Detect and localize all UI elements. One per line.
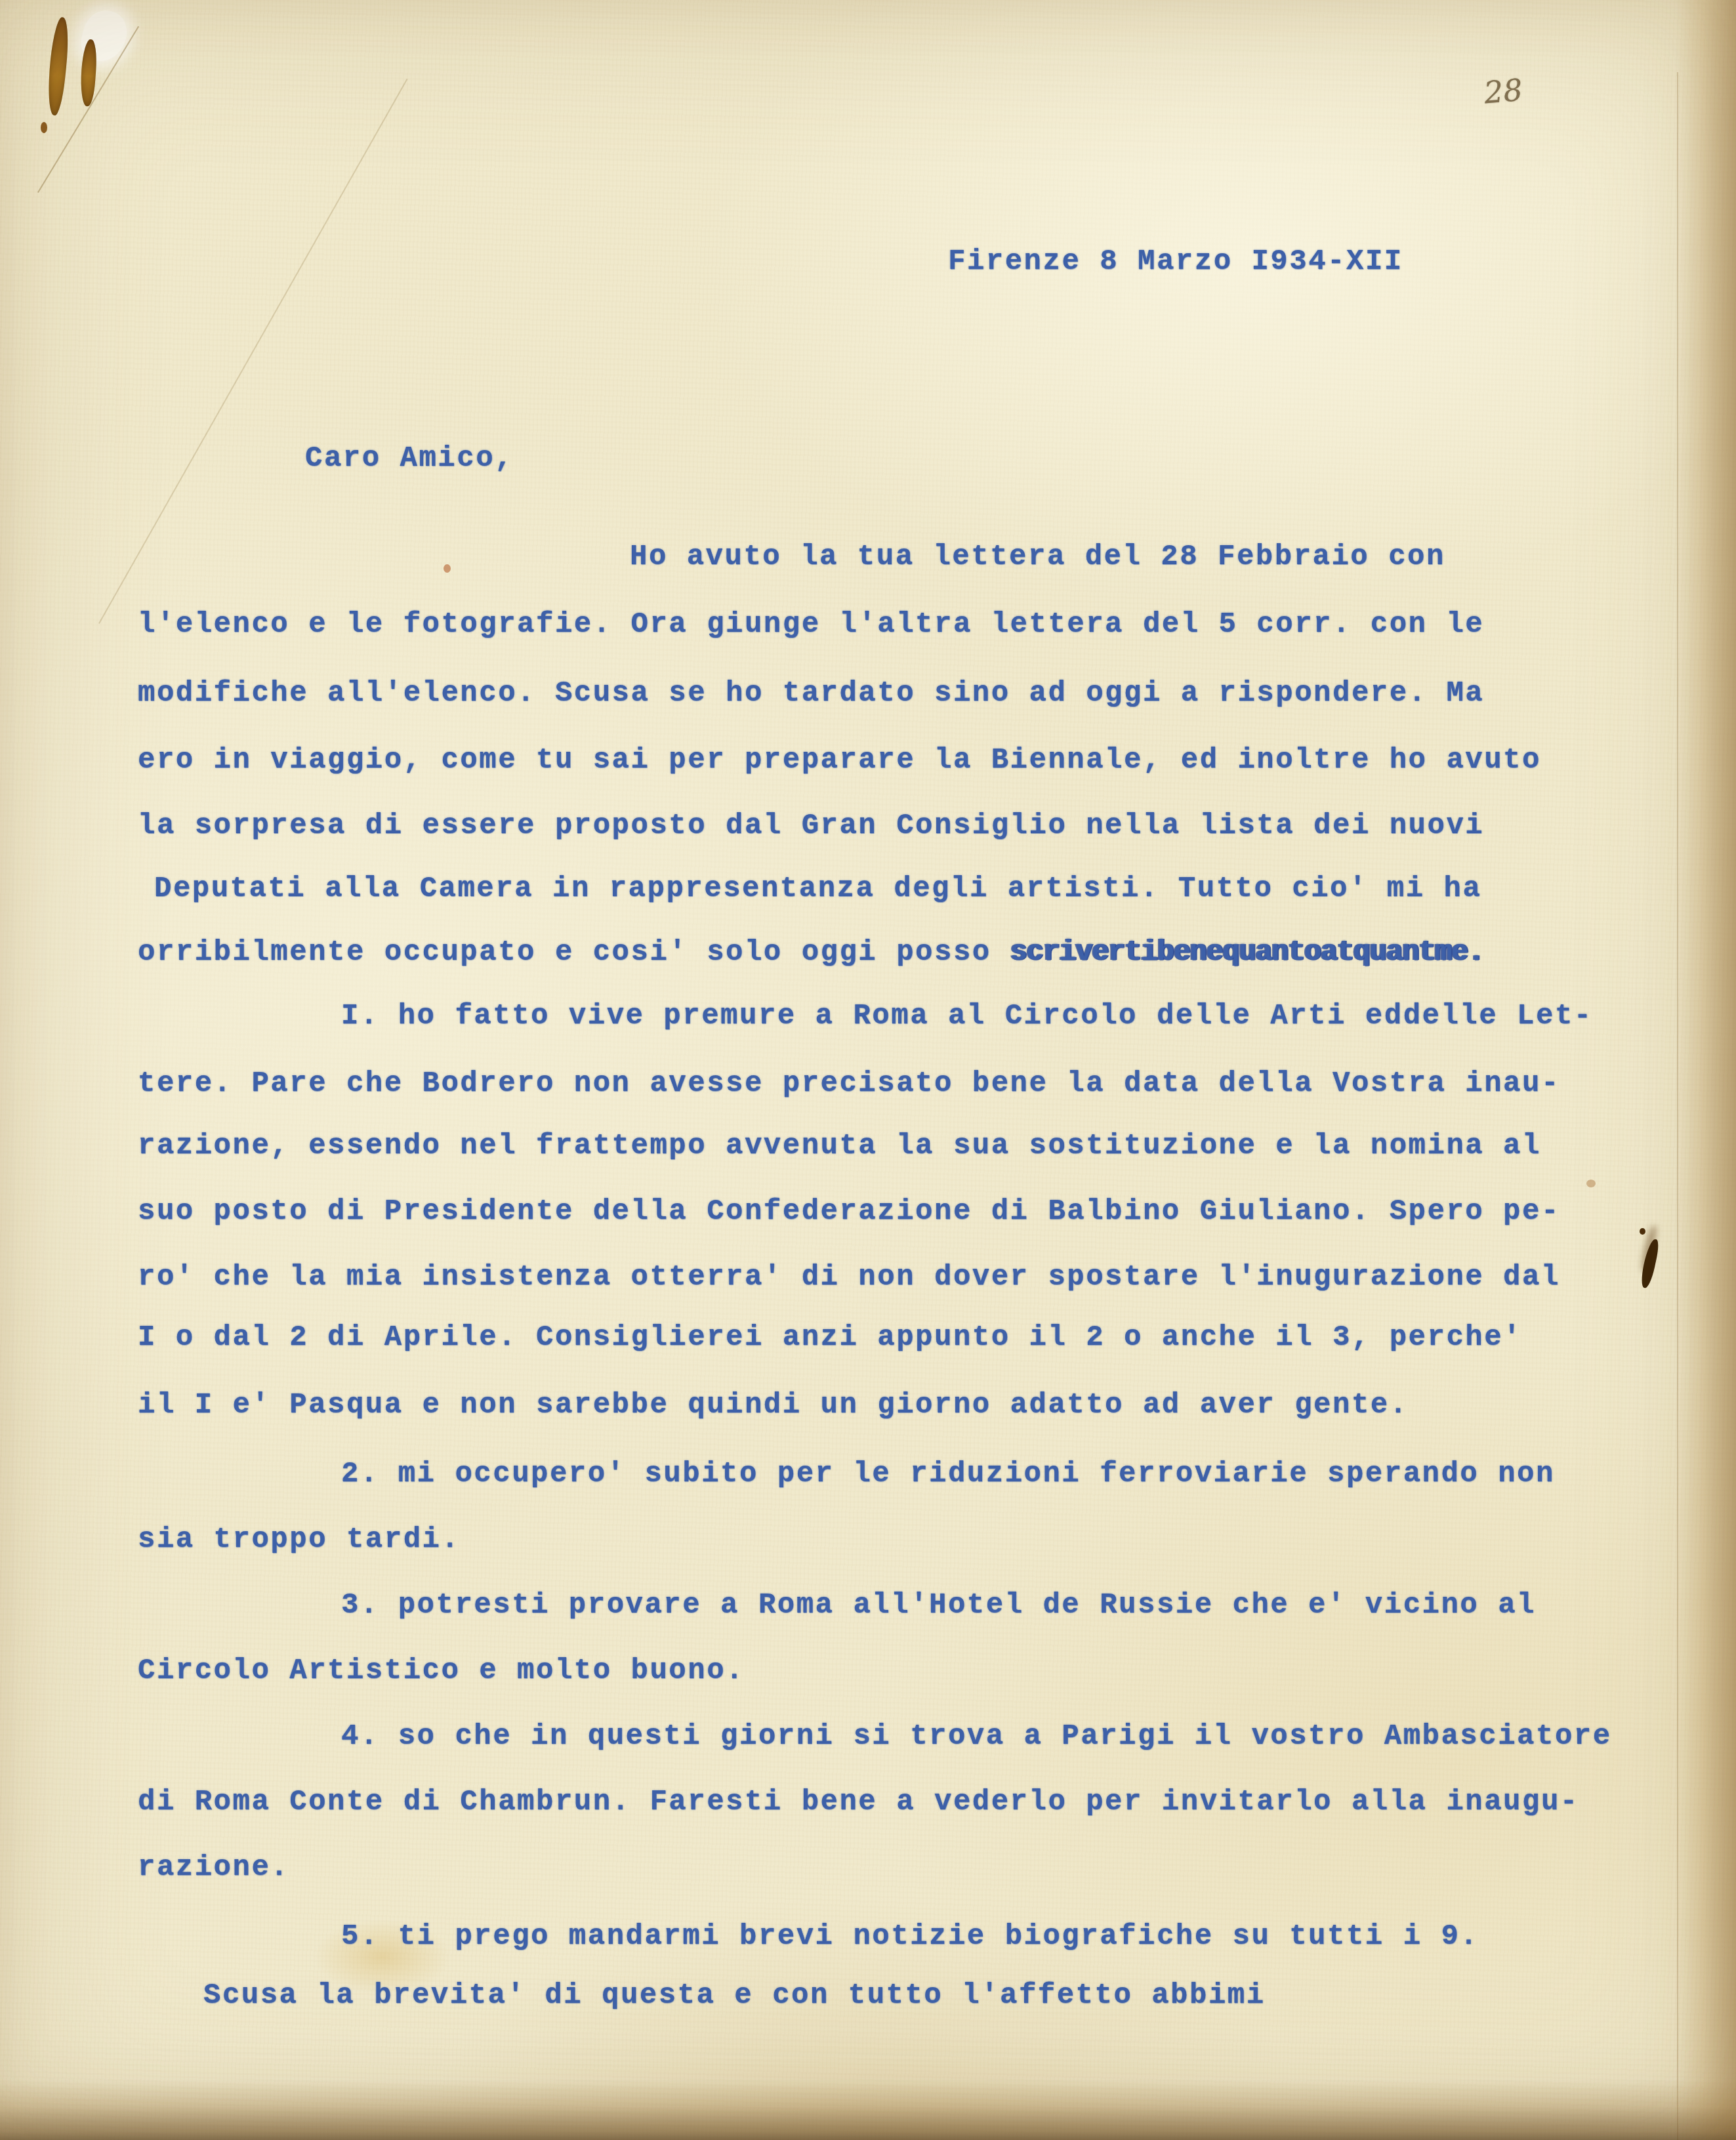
letter-line-item-1: I. ho fatto vive premure a Roma al Circo… bbox=[341, 998, 1593, 1034]
letter-line: razione. bbox=[138, 1850, 289, 1885]
letter-line: suo posto di Presidente della Confederaz… bbox=[138, 1194, 1560, 1229]
letter-line: tere. Pare che Bodrero non avesse precis… bbox=[138, 1066, 1560, 1101]
letter-line-item-5: 5. ti prego mandarmi brevi notizie biogr… bbox=[341, 1919, 1479, 1954]
letter-closing-line: Scusa la brevita' di questa e con tutto … bbox=[203, 1978, 1266, 2013]
letter-line-item-3: 3. potresti provare a Roma all'Hotel de … bbox=[341, 1588, 1536, 1623]
edge-ink-dot bbox=[1640, 1228, 1645, 1235]
corner-ink-stroke bbox=[45, 16, 72, 116]
letter-line: il I e' Pasqua e non sarebbe quindi un g… bbox=[138, 1388, 1409, 1423]
letter-line: ro' che la mia insistenza otterra' di no… bbox=[138, 1260, 1560, 1295]
rust-speck bbox=[444, 564, 451, 573]
letter-line-overtyped: orribilmente occupato e cosi' solo oggi … bbox=[138, 935, 1484, 970]
letter-line: Deputati alla Camera in rappresentanza d… bbox=[154, 871, 1481, 907]
ink-dot bbox=[41, 122, 47, 133]
letter-line: la sorpresa di essere proposto dal Gran … bbox=[138, 808, 1484, 844]
paper-bottom-edge-shadow bbox=[0, 2080, 1736, 2140]
paper-right-edge-shadow bbox=[1676, 0, 1736, 2140]
letter-line: razione, essendo nel frattempo avvenuta … bbox=[138, 1128, 1541, 1164]
edge-ink-blot bbox=[1639, 1238, 1660, 1289]
rust-speck bbox=[1586, 1180, 1596, 1187]
salutation: Caro Amico, bbox=[305, 441, 514, 476]
letter-line: di Roma Conte di Chambrun. Faresti bene … bbox=[138, 1784, 1579, 1820]
letter-page: 28 Firenze 8 Marzo I934-XII Caro Amico, … bbox=[0, 0, 1736, 2140]
letter-line: modifiche all'elenco. Scusa se ho tardat… bbox=[138, 676, 1484, 711]
letter-line: l'elenco e le fotografie. Ora giunge l'a… bbox=[138, 607, 1484, 642]
letter-line: I o dal 2 di Aprile. Consiglierei anzi a… bbox=[138, 1320, 1522, 1355]
long-crease-line bbox=[98, 79, 408, 624]
letter-line-item-2: 2. mi occupero' subito per le riduzioni … bbox=[341, 1456, 1555, 1492]
letter-line-item-4: 4. so che in questi giorni si trova a Pa… bbox=[341, 1719, 1612, 1754]
dateline: Firenze 8 Marzo I934-XII bbox=[948, 244, 1403, 279]
letter-line: sia troppo tardi. bbox=[138, 1522, 460, 1557]
letter-line: Ho avuto la tua lettera del 28 Febbraio … bbox=[630, 539, 1445, 575]
overtyped-text: scrivertibenequantoatquantme. bbox=[1010, 936, 1484, 969]
handwritten-page-number: 28 bbox=[1483, 72, 1524, 111]
letter-line-text: orribilmente occupato e cosi' solo oggi … bbox=[138, 936, 1010, 969]
letter-line: Circolo Artistico e molto buono. bbox=[138, 1653, 745, 1689]
letter-line: ero in viaggio, come tu sai per preparar… bbox=[138, 743, 1541, 778]
